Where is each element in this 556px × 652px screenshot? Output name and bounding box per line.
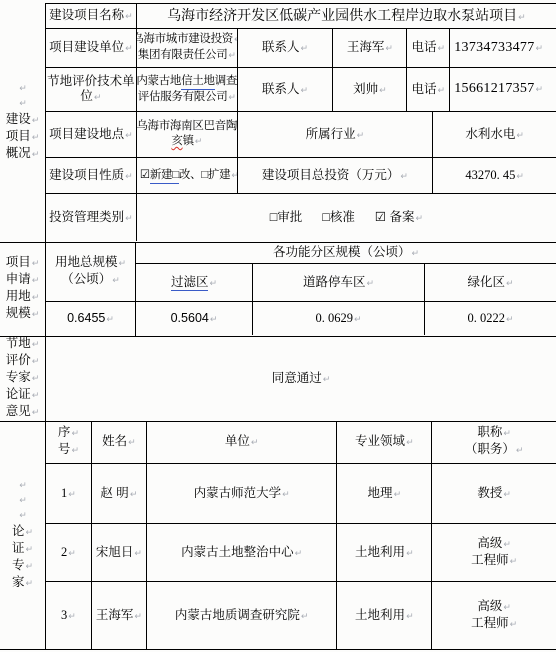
return-mark: ↵ (503, 427, 511, 442)
expert-2-name: 宋旭日↵ (92, 524, 147, 581)
return-mark: ↵ (125, 211, 133, 227)
divider (0, 336, 556, 337)
value-total-investment: 43270. 45↵ (433, 158, 556, 193)
return-mark: ↵ (195, 135, 202, 150)
header-title: 职称↵ （职务）↵ (432, 421, 556, 463)
value-contact-name-2: 刘帅↵ (333, 68, 407, 111)
return-mark: ↵ (25, 577, 33, 592)
value-tech-unit: 内蒙古地信土地调查 评估服务有限公司↵ (137, 68, 238, 111)
return-mark: ↵ (125, 169, 133, 185)
return-mark: ↵ (516, 128, 524, 144)
section-label-project-overview: ↵ ↵ 建设↵ 项目↵ 概况↵ (0, 3, 45, 242)
divider (0, 242, 556, 243)
value-phone-2: 15661217357↵ (450, 68, 556, 111)
expert-row-1: 1↵ 赵 明↵ 内蒙古师范大学↵ 地理↵ 教授↵ (46, 464, 556, 524)
checkbox-approval: □审批 (270, 209, 303, 227)
return-mark: ↵ (112, 274, 120, 289)
spellcheck-wavy: 亥 (171, 134, 182, 149)
expert-3-name: 王海军↵ (92, 582, 147, 649)
return-mark: ↵ (32, 131, 40, 146)
return-mark: ↵ (18, 509, 27, 524)
return-mark: ↵ (18, 494, 27, 509)
grammar-underline: 过滤区 (171, 274, 209, 291)
header-zone-filter: 过滤区↵ (136, 264, 253, 301)
return-mark: ↵ (32, 257, 40, 272)
return-mark: ↵ (506, 312, 514, 328)
return-mark: ↵ (134, 546, 142, 562)
expert-row-3: 3↵ 王海军↵ 内蒙古地质调查研究院↵ 土地利用↵ 高级↵ 工程师↵ (46, 582, 556, 649)
return-mark: ↵ (510, 555, 518, 570)
value-zone-filter: 0.5604↵ (136, 302, 253, 335)
return-mark: ↵ (25, 543, 33, 558)
label-phone-2: 电话↵ (407, 68, 450, 111)
return-mark: ↵ (68, 609, 76, 625)
return-mark: ↵ (437, 83, 445, 99)
return-mark: ↵ (323, 372, 331, 388)
return-mark: ↵ (125, 41, 133, 57)
return-mark: ↵ (385, 41, 393, 57)
return-mark: ↵ (32, 291, 40, 306)
return-mark: ↵ (406, 546, 414, 562)
section-label-land-scale: 项目↵ 申请↵ 用地↵ 规模↵ (0, 242, 45, 336)
experts-table: 序↵ 号↵ 姓名↵ 单位↵ 专业领域↵ 职称↵ （职务）↵ 1↵ 赵 明↵ (45, 421, 556, 649)
field-label-nature: 建设项目性质↵ (46, 158, 137, 193)
expert-3-field: 土地利用↵ (337, 582, 432, 649)
return-mark: ↵ (209, 276, 217, 292)
expert-1-name: 赵 明↵ (92, 464, 147, 523)
return-mark: ↵ (25, 560, 33, 575)
value-zone-greening: 0. 0222↵ (425, 302, 556, 335)
label-contact-person-1: 联系人↵ (238, 29, 334, 67)
row-management-category: 投资管理类别↵ □审批 □核准 ☑ 备案↵ (46, 194, 556, 241)
return-mark: ↵ (32, 308, 40, 323)
return-mark: ↵ (503, 601, 511, 616)
return-mark: ↵ (32, 114, 40, 129)
return-mark: ↵ (228, 91, 235, 106)
field-label-location: 项目建设地点↵ (46, 112, 137, 157)
return-mark: ↵ (354, 312, 362, 328)
return-mark: ↵ (18, 97, 27, 112)
return-mark: ↵ (516, 169, 524, 185)
return-mark: ↵ (282, 487, 290, 503)
return-mark: ↵ (18, 479, 27, 494)
return-mark: ↵ (68, 546, 76, 562)
return-mark: ↵ (516, 444, 524, 459)
expert-2-unit: 内蒙古土地整治中心↵ (147, 524, 338, 581)
header-zone-road-parking: 道路停车区↵ (253, 264, 425, 301)
value-location: 乌海市海南区巴音陶 亥镇↵ (137, 112, 238, 157)
return-mark: ↵ (210, 312, 218, 328)
header-zone-scales: 各功能分区规模（公顷）↵ (136, 242, 556, 264)
return-mark: ↵ (125, 9, 133, 25)
checkbox-new-checked: ☑ (140, 168, 150, 183)
return-mark: ↵ (32, 372, 40, 387)
return-mark: ↵ (71, 427, 79, 442)
expert-1-title: 教授↵ (432, 464, 556, 523)
checkbox-filing-checked: ☑ 备案↵ (375, 209, 423, 227)
section-label-expert-opinion: 节地↵ 评价↵ 专家↵ 论证↵ 意见↵ (0, 336, 45, 421)
header-zone-greening: 绿化区↵ (425, 264, 556, 301)
return-mark: ↵ (301, 83, 309, 99)
header-unit: 单位↵ (147, 421, 338, 463)
return-mark: ↵ (394, 487, 402, 503)
expert-3-index: 3↵ (46, 582, 92, 649)
expert-3-unit: 内蒙古地质调查研究院↵ (147, 582, 338, 649)
header-index: 序↵ 号↵ (46, 421, 92, 463)
expert-2-field: 土地利用↵ (337, 524, 432, 581)
row-nature: 建设项目性质↵ ☑ 新建□改、□扩建↵ 建设项目总投资（万元）↵ 43270. … (46, 158, 556, 194)
header-field: 专业领域↵ (337, 421, 432, 463)
expert-3-title: 高级↵ 工程师↵ (432, 582, 556, 649)
value-construction-unit: 乌海市城市建设投资↵ 集团有限责任公司↵ (137, 29, 238, 67)
field-label-management-category: 投资管理类别↵ (46, 194, 137, 241)
value-management-options: □审批 □核准 ☑ 备案↵ (137, 194, 556, 241)
label-phone-1: 电话↵ (407, 29, 450, 67)
return-mark: ↵ (437, 41, 445, 57)
return-mark: ↵ (366, 276, 374, 292)
return-mark: ↵ (94, 91, 102, 106)
value-industry: 水利水电↵ (433, 112, 556, 157)
field-label-tech-unit: 节地评价技术单 位↵ (46, 68, 137, 111)
return-mark: ↵ (32, 274, 40, 289)
label-total-investment: 建设项目总投资（万元）↵ (238, 158, 434, 193)
return-mark: ↵ (510, 618, 518, 633)
return-mark: ↵ (406, 609, 414, 625)
return-mark: ↵ (400, 169, 408, 185)
return-mark: ↵ (25, 526, 33, 541)
row-construction-unit: 项目建设单位↵ 乌海市城市建设投资↵ 集团有限责任公司↵ 联系人↵ 王海军↵ 电… (46, 29, 556, 68)
return-mark: ↵ (503, 538, 511, 553)
label-contact-person-2: 联系人↵ (238, 68, 334, 111)
return-mark: ↵ (518, 10, 526, 26)
row-tech-unit: 节地评价技术单 位↵ 内蒙古地信土地调查 评估服务有限公司↵ 联系人↵ 刘帅↵ … (46, 68, 556, 112)
expert-row-2: 2↵ 宋旭日↵ 内蒙古土地整治中心↵ 土地利用↵ 高级↵ 工程师↵ (46, 524, 556, 582)
label-industry: 所属行业↵ (238, 112, 434, 157)
return-mark: ↵ (118, 257, 126, 272)
label-total-land-scale: 用地总规模↵ （公顷）↵ (46, 242, 135, 302)
document-page: ↵ ↵ 建设↵ 项目↵ 概况↵ 项目↵ 申请↵ 用地↵ 规模↵ 节地↵ 评价↵ … (0, 0, 556, 652)
expert-2-title: 高级↵ 工程师↵ (432, 524, 556, 581)
checkbox-verification: □核准 (322, 209, 355, 227)
return-mark: ↵ (134, 609, 142, 625)
return-mark: ↵ (379, 83, 387, 99)
expert-2-index: 2↵ (46, 524, 92, 581)
value-phone-1: 13734733477↵ (450, 29, 556, 67)
return-mark: ↵ (503, 487, 511, 503)
return-mark: ↵ (411, 247, 419, 261)
return-mark: ↵ (32, 148, 40, 163)
value-contact-name-1: 王海军↵ (333, 29, 407, 67)
expert-1-field: 地理↵ (337, 464, 432, 523)
divider (0, 421, 556, 422)
value-project-name: 乌海市经济开发区低碳产业园供水工程岸边取水泵站项目↵ (137, 4, 556, 28)
return-mark: ↵ (406, 435, 414, 451)
return-mark: ↵ (228, 49, 235, 64)
row-location: 项目建设地点↵ 乌海市海南区巴音陶 亥镇↵ 所属行业↵ 水利水电↵ (46, 112, 556, 158)
grammar-underline: 新建□ (150, 168, 179, 184)
return-mark: ↵ (506, 276, 514, 292)
return-mark: ↵ (106, 312, 114, 328)
return-mark: ↵ (416, 211, 424, 227)
value-zone-road-parking: 0. 0629↵ (253, 302, 425, 335)
expert-opinion-section: 同意通过↵ (45, 336, 556, 421)
return-mark: ↵ (32, 389, 40, 404)
value-nature-checkboxes: ☑ 新建□改、□扩建↵ (137, 158, 238, 193)
return-mark: ↵ (536, 82, 544, 98)
return-mark: ↵ (32, 338, 40, 353)
divider (0, 649, 556, 650)
return-mark: ↵ (125, 128, 133, 144)
return-mark: ↵ (130, 487, 138, 503)
value-expert-opinion: 同意通过↵ (46, 336, 556, 421)
expert-1-index: 1↵ (46, 464, 92, 523)
project-overview-table: 建设项目名称↵ 乌海市经济开发区低碳产业园供水工程岸边取水泵站项目↵ 项目建设单… (45, 3, 556, 242)
header-name: 姓名↵ (92, 421, 147, 463)
return-mark: ↵ (301, 41, 309, 57)
grammar-underline: 信土地 (181, 74, 215, 90)
return-mark: ↵ (71, 444, 79, 459)
land-scale-table: 用地总规模↵ （公顷）↵ 0.6455↵ 各功能分区规模（公顷）↵ 过滤区↵ 道… (45, 242, 556, 336)
value-total-land-scale: 0.6455↵ (46, 302, 135, 336)
section-label-experts: ↵ ↵ ↵ 论↵ 证↵ 专↵ 家↵ (0, 421, 45, 649)
return-mark: ↵ (68, 487, 76, 503)
return-mark: ↵ (32, 355, 40, 370)
field-label-construction-unit: 项目建设单位↵ (46, 29, 137, 67)
return-mark: ↵ (295, 546, 303, 562)
return-mark: ↵ (128, 435, 136, 451)
return-mark: ↵ (301, 609, 309, 625)
experts-header-row: 序↵ 号↵ 姓名↵ 单位↵ 专业领域↵ 职称↵ （职务）↵ (46, 421, 556, 464)
row-project-name: 建设项目名称↵ 乌海市经济开发区低碳产业园供水工程岸边取水泵站项目↵ (46, 4, 556, 29)
return-mark: ↵ (32, 406, 40, 421)
return-mark: ↵ (18, 82, 27, 97)
return-mark: ↵ (357, 128, 365, 144)
expert-1-unit: 内蒙古师范大学↵ (147, 464, 338, 523)
return-mark: ↵ (536, 41, 544, 57)
return-mark: ↵ (251, 435, 259, 451)
field-label-project-name: 建设项目名称↵ (46, 4, 137, 28)
